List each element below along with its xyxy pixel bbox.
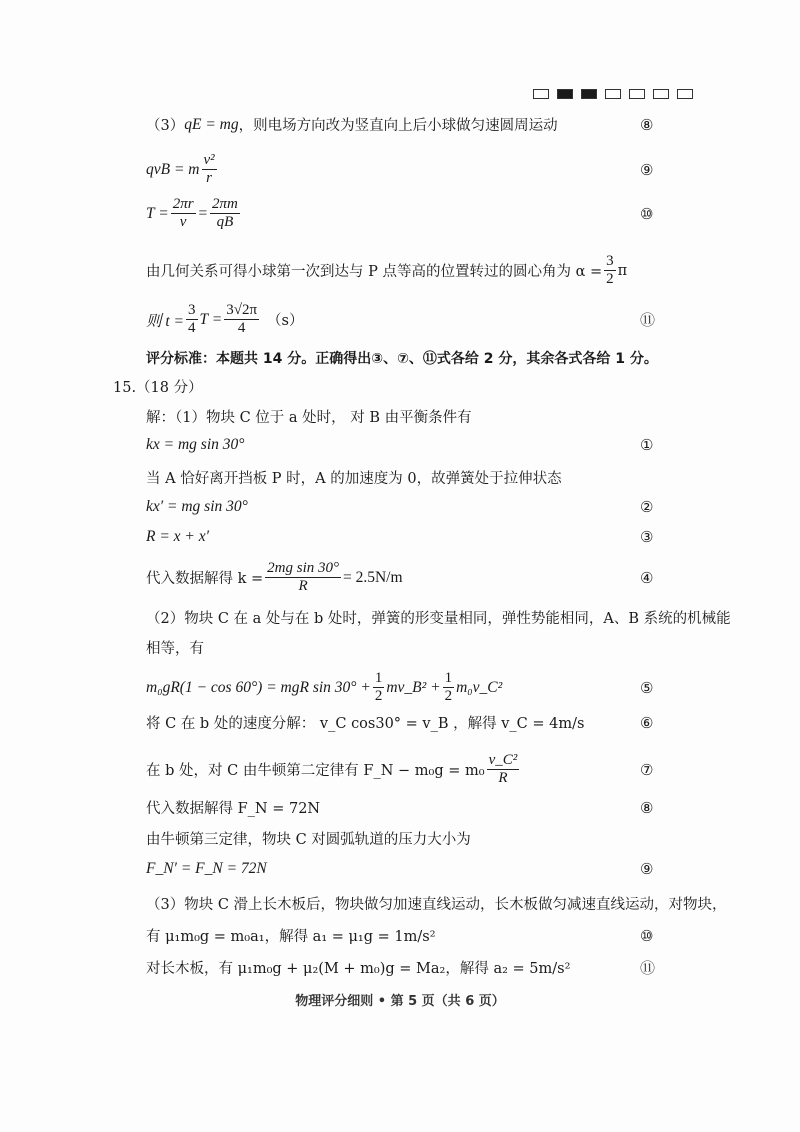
- denominator: R: [498, 770, 507, 787]
- equation-number: ⑪: [640, 957, 655, 978]
- q15-eq-9: F_N′ = F_N = 72N ⑨: [146, 860, 690, 878]
- denominator: R: [298, 578, 307, 595]
- q15-line: （3）物块 C 滑上长木板后，物块做匀加速直线运动，长木板做匀减速直线运动，对物…: [146, 893, 690, 914]
- denominator: 4: [238, 320, 246, 337]
- equation-number: ⑨: [640, 161, 653, 179]
- equation-number: ⑧: [640, 116, 653, 134]
- fraction: 2πrv: [171, 196, 196, 231]
- text: 代入数据解得 k =: [146, 567, 263, 588]
- q15-line: 相等，有: [146, 637, 690, 658]
- text: 由牛顿第三定律，物块 C 对圆弧轨道的压力大小为: [146, 828, 471, 849]
- numerator: 3: [186, 302, 198, 320]
- part-label: （3）: [146, 114, 184, 135]
- denominator: qB: [217, 214, 234, 231]
- equation: kx = mg sin 30°: [146, 436, 244, 454]
- fraction: 34: [186, 302, 198, 337]
- q14-line-8: （3） qE = mg ，则电场方向改为竖直向上后小球做匀速圆周运动 ⑧: [146, 114, 690, 135]
- equation-number: ②: [640, 498, 653, 516]
- denominator: 2: [375, 688, 383, 705]
- equation-number: ①: [640, 436, 653, 454]
- equation: T =: [146, 205, 169, 223]
- equation-number: ③: [640, 528, 653, 546]
- q15-line: 由牛顿第三定律，物块 C 对圆弧轨道的压力大小为: [146, 828, 690, 849]
- q15-eq-5: m₀gR(1 − cos 60°) = mgR sin 30° + 12 mv_…: [146, 670, 690, 705]
- text: 有 μ₁m₀g = m₀a₁，解得 a₁ = μ₁g = 1m/s²: [146, 925, 436, 946]
- fraction: 2mg sin 30°R: [265, 560, 341, 595]
- equation-number: ⑤: [640, 679, 653, 697]
- page-mark: [629, 89, 645, 99]
- text: （3）物块 C 滑上长木板后，物块做匀加速直线运动，长木板做匀减速直线运动，对物…: [146, 893, 727, 914]
- q15-eq-6: 将 C 在 b 处的速度分解： v_C cos30° = v_B ，解得 v_C…: [146, 712, 690, 733]
- text: 解：（1）物块 C 位于 a 处时， 对 B 由平衡条件有: [146, 406, 472, 427]
- page-footer: 物理评分细则 • 第 5 页（共 6 页）: [0, 990, 800, 1009]
- q15-eq-7: 在 b 处，对 C 由牛顿第二定律有 F_N − m₀g = m₀ v_C²R …: [146, 752, 690, 787]
- page-progress-marks: [533, 89, 693, 99]
- q15-eq-3: R = x + x′ ③: [146, 528, 690, 546]
- denominator: 2: [606, 271, 614, 288]
- fraction: 2πmqB: [210, 196, 240, 231]
- text: 由几何关系可得小球第一次到达与 P 点等高的位置转过的圆心角为 α =: [146, 260, 602, 281]
- equation-number: ⑪: [640, 309, 655, 330]
- page-mark-filled: [581, 89, 597, 99]
- equation-number: ⑨: [640, 860, 653, 878]
- q15-line: （2）物块 C 在 a 处与在 b 处时，弹簧的形变量相同，弹性势能相同，A、B…: [146, 607, 690, 628]
- text: 当 A 恰好离开挡板 P 时，A 的加速度为 0，故弹簧处于拉伸状态: [146, 467, 562, 488]
- q14-geometry: 由几何关系可得小球第一次到达与 P 点等高的位置转过的圆心角为 α = 32 π: [146, 253, 690, 288]
- fraction: 3√2π4: [224, 302, 259, 337]
- equation: kx′ = mg sin 30°: [146, 498, 248, 516]
- unit: （s）: [267, 309, 303, 330]
- fraction: v²r: [202, 152, 217, 187]
- equation-number: ⑩: [640, 205, 653, 223]
- page-mark: [533, 89, 549, 99]
- equation-number: ⑩: [640, 927, 653, 945]
- equation: qE = mg: [184, 116, 238, 134]
- q14-eq-11: 则 t = 34 T = 3√2π4 （s） ⑪: [146, 302, 690, 337]
- denominator: r: [206, 170, 212, 187]
- numerator: v²: [202, 152, 217, 170]
- numerator: 3√2π: [224, 302, 259, 320]
- q15-eq-4: 代入数据解得 k = 2mg sin 30°R = 2.5N/m ④: [146, 560, 690, 595]
- equation: m₀gR(1 − cos 60°) = mgR sin 30° +: [146, 679, 371, 697]
- fraction: v_C²R: [487, 752, 520, 787]
- text: ，则电场方向改为竖直向上后小球做匀速圆周运动: [239, 114, 558, 135]
- q14-eq-9: qvB = m v²r ⑨: [146, 152, 690, 187]
- numerator: 1: [373, 670, 385, 688]
- equation: F_N′ = F_N = 72N: [146, 860, 267, 878]
- equation: T =: [200, 311, 223, 329]
- text: 对长木板，有 μ₁m₀g + μ₂(M + m₀)g = Ma₂，解得 a₂ =…: [146, 957, 570, 978]
- text: 将 C 在 b 处的速度分解： v_C cos30° = v_B ，解得 v_C…: [146, 712, 584, 733]
- scoring-text: 评分标准：本题共 14 分。正确得出③、⑦、⑪式各给 2 分，其余各式各给 1 …: [146, 348, 658, 368]
- q15-eq-10: 有 μ₁m₀g = m₀a₁，解得 a₁ = μ₁g = 1m/s² ⑩: [146, 925, 690, 946]
- fraction: 12: [373, 670, 385, 705]
- equation-number: ④: [640, 569, 653, 587]
- equation-number: ⑧: [640, 799, 653, 817]
- q15-title: 15.（18 分）: [113, 376, 690, 397]
- fraction: 12: [443, 670, 455, 705]
- numerator: 2πm: [210, 196, 240, 214]
- question-title: 15.（18 分）: [113, 376, 203, 397]
- equation: R = x + x′: [146, 528, 209, 546]
- page-mark: [653, 89, 669, 99]
- text: π: [618, 263, 628, 279]
- page-mark: [677, 89, 693, 99]
- q15-eq-1: kx = mg sin 30° ①: [146, 436, 690, 454]
- q15-line: 当 A 恰好离开挡板 P 时，A 的加速度为 0，故弹簧处于拉伸状态: [146, 467, 690, 488]
- denominator: 4: [188, 320, 196, 337]
- q15-line: 解：（1）物块 C 位于 a 处时， 对 B 由平衡条件有: [146, 406, 690, 427]
- scoring-criteria: 评分标准：本题共 14 分。正确得出③、⑦、⑪式各给 2 分，其余各式各给 1 …: [146, 348, 690, 368]
- equation-number: ⑥: [640, 714, 653, 732]
- equation: mv_B² +: [386, 679, 440, 697]
- page-mark: [605, 89, 621, 99]
- text: （2）物块 C 在 a 处与在 b 处时，弹簧的形变量相同，弹性势能相同，A、B…: [146, 607, 731, 628]
- q15-eq-8: 代入数据解得 F_N = 72N ⑧: [146, 797, 690, 818]
- denominator: 2: [445, 688, 453, 705]
- q15-eq-2: kx′ = mg sin 30° ②: [146, 498, 690, 516]
- q14-eq-10: T = 2πrv = 2πmqB ⑩: [146, 196, 690, 231]
- text: 相等，有: [146, 637, 204, 658]
- equation: 则 t =: [146, 309, 184, 331]
- numerator: v_C²: [487, 752, 520, 770]
- text: 在 b 处，对 C 由牛顿第二定律有 F_N − m₀g = m₀: [146, 759, 485, 780]
- numerator: 2πr: [171, 196, 196, 214]
- result: = 2.5N/m: [343, 569, 403, 587]
- numerator: 2mg sin 30°: [265, 560, 341, 578]
- numerator: 1: [443, 670, 455, 688]
- equation: m₀v_C²: [456, 679, 502, 697]
- equation: qvB = m: [146, 161, 200, 179]
- text: 代入数据解得 F_N = 72N: [146, 797, 320, 818]
- q15-eq-11: 对长木板，有 μ₁m₀g + μ₂(M + m₀)g = Ma₂，解得 a₂ =…: [146, 957, 690, 978]
- page-mark-filled: [557, 89, 573, 99]
- numerator: 3: [604, 253, 616, 271]
- equation-number: ⑦: [640, 761, 653, 779]
- denominator: v: [180, 214, 187, 231]
- fraction: 32: [604, 253, 616, 288]
